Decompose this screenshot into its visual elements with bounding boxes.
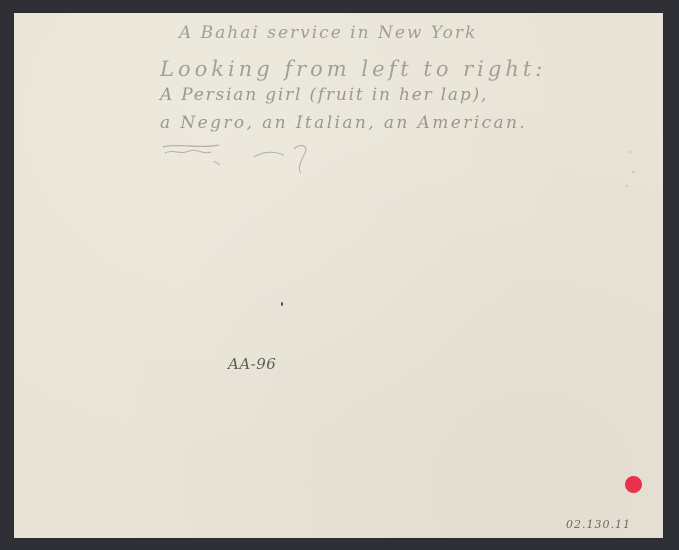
crossed-out-scribble — [159, 139, 319, 179]
caption-line-3: a Negro, an Italian, an American. — [160, 113, 527, 133]
paper-mark — [629, 151, 631, 153]
paper-mark — [626, 185, 628, 187]
accession-number: 02.130.11 — [566, 518, 631, 531]
red-marker-dot — [625, 476, 642, 493]
catalog-number: AA-96 — [228, 355, 276, 373]
paper-mark — [281, 302, 283, 306]
photo-verso-paper: A Bahai service in New York Looking from… — [14, 13, 663, 538]
paper-mark — [632, 171, 635, 173]
caption-title: A Bahai service in New York — [179, 23, 477, 43]
caption-line-2: A Persian girl (fruit in her lap), — [160, 85, 488, 105]
caption-line-1: Looking from left to right: — [160, 57, 546, 81]
